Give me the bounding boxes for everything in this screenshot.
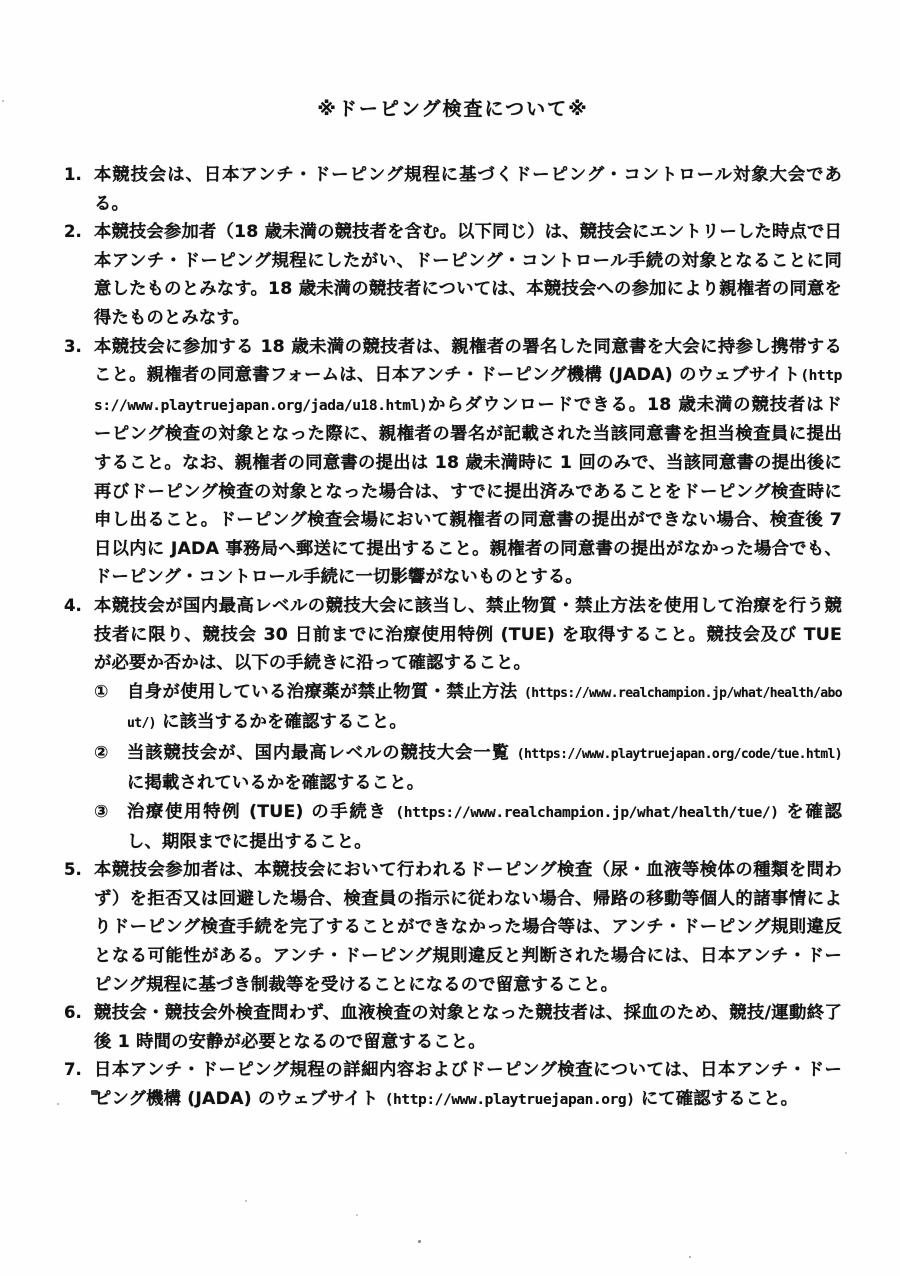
item-text-run: 本競技会は、日本アンチ・ドーピング規程に基づくドーピング・コントロール対象大会で… — [94, 165, 842, 214]
sub-item-marker: ② — [94, 739, 127, 768]
item-text-run: 当該競技会が、国内最高レベルの競技大会一覧 — [127, 743, 517, 763]
document-page: ※ドーピング検査について※ 1. 本競技会は、日本アンチ・ドーピング規程に基づく… — [0, 0, 900, 1276]
item-text-run: 治療使用特例 (TUE) の手続き — [127, 802, 395, 822]
list-item-6: 6. 競技会・競技会外検査問わず、血液検査の対象となった競技者は、採血のため、競… — [64, 999, 842, 1056]
sub-item-3: ③ 治療使用特例 (TUE) の手続き (https://www.realcha… — [94, 798, 842, 856]
scan-speck — [245, 1200, 247, 1202]
item-number: 1. — [64, 161, 94, 190]
item-url: (https://www.playtruejapan.org/code/tue.… — [517, 747, 842, 762]
scan-speck — [418, 1240, 421, 1243]
sub-item-1: ① 自身が使用している治療薬が禁止物質・禁止方法 (https://www.re… — [94, 678, 842, 739]
item-text-run: 本競技会参加者（18 歳未満の競技者を含む。以下同じ）は、競技会にエントリーした… — [94, 222, 842, 328]
numbered-list: 1. 本競技会は、日本アンチ・ドーピング規程に基づくドーピング・コントロール対象… — [64, 161, 842, 1115]
item-number: 5. — [64, 856, 94, 885]
item-number: 7. — [64, 1056, 94, 1085]
list-item-2: 2. 本競技会参加者（18 歳未満の競技者を含む。以下同じ）は、競技会にエントリ… — [64, 218, 842, 332]
item-number: 3. — [64, 333, 94, 362]
item-text: 本競技会参加者は、本競技会において行われるドーピング検査（尿・血液等検体の種類を… — [94, 856, 842, 999]
list-item-1: 1. 本競技会は、日本アンチ・ドーピング規程に基づくドーピング・コントロール対象… — [64, 161, 842, 218]
scan-speck — [57, 1103, 59, 1105]
item-body: 本競技会が国内最高レベルの競技大会に該当し、禁止物質・禁止方法を使用して治療を行… — [94, 592, 842, 856]
item-text: 日本アンチ・ドーピング規程の詳細内容およびドーピング検査については、日本アンチ・… — [94, 1056, 842, 1114]
scan-speck — [240, 168, 242, 170]
item-text: 本競技会が国内最高レベルの競技大会に該当し、禁止物質・禁止方法を使用して治療を行… — [94, 592, 842, 678]
item-text-run: 競技会・競技会外検査問わず、血液検査の対象となった競技者は、採血のため、競技/運… — [94, 1003, 842, 1052]
item-url: (https://www.realchampion.jp/what/health… — [395, 805, 778, 821]
item-text-run: からダウンロードできる。18 歳未満の競技者はドーピング検査の対象となった際に、… — [94, 395, 842, 588]
item-text: 本競技会に参加する 18 歳未満の競技者は、親権者の署名した同意書を大会に持参し… — [94, 333, 842, 592]
scan-speck — [356, 1214, 358, 1216]
item-text-run: 本競技会参加者は、本競技会において行われるドーピング検査（尿・血液等検体の種類を… — [94, 860, 842, 994]
item-text-run: にて確認すること。 — [635, 1089, 799, 1109]
scan-speck — [770, 176, 772, 178]
list-item-4: 4. 本競技会が国内最高レベルの競技大会に該当し、禁止物質・禁止方法を使用して治… — [64, 592, 842, 856]
item-text-run: 本競技会が国内最高レベルの競技大会に該当し、禁止物質・禁止方法を使用して治療を行… — [94, 596, 842, 673]
item-text-run: 本競技会に参加する 18 歳未満の競技者は、親権者の署名した同意書を大会に持参し… — [94, 337, 842, 386]
scan-speck — [91, 1090, 98, 1095]
item-number: 6. — [64, 999, 94, 1028]
item-number: 4. — [64, 592, 94, 621]
item-text: 本競技会は、日本アンチ・ドーピング規程に基づくドーピング・コントロール対象大会で… — [94, 161, 842, 218]
item-number: 2. — [64, 218, 94, 247]
item-text-run: に該当するかを確認すること。 — [156, 712, 407, 732]
item-text-run: に掲載されているかを確認すること。 — [127, 773, 424, 793]
item-url: (http://www.playtruejapan.org) — [385, 1092, 635, 1108]
sub-item-marker: ① — [94, 678, 127, 707]
list-item-7: 7. 日本アンチ・ドーピング規程の詳細内容およびドーピング検査については、日本ア… — [64, 1056, 842, 1114]
item-text-run: 自身が使用している治療薬が禁止物質・禁止方法 — [127, 682, 524, 702]
item-text: 競技会・競技会外検査問わず、血液検査の対象となった競技者は、採血のため、競技/運… — [94, 999, 842, 1056]
item-text: 本競技会参加者（18 歳未満の競技者を含む。以下同じ）は、競技会にエントリーした… — [94, 218, 842, 332]
sub-item-text: 治療使用特例 (TUE) の手続き (https://www.realchamp… — [127, 798, 842, 856]
document-title: ※ドーピング検査について※ — [64, 94, 842, 121]
sub-item-text: 自身が使用している治療薬が禁止物質・禁止方法 (https://www.real… — [127, 678, 842, 739]
sub-item-2: ② 当該競技会が、国内最高レベルの競技大会一覧 (https://www.pla… — [94, 739, 842, 798]
scan-speck — [2, 100, 4, 102]
scan-speck — [845, 1152, 847, 1154]
scan-speck — [689, 1256, 691, 1258]
sub-item-marker: ③ — [94, 798, 127, 827]
list-item-3: 3. 本競技会に参加する 18 歳未満の競技者は、親権者の署名した同意書を大会に… — [64, 333, 842, 592]
sub-item-text: 当該競技会が、国内最高レベルの競技大会一覧 (https://www.playt… — [127, 739, 842, 798]
list-item-5: 5. 本競技会参加者は、本競技会において行われるドーピング検査（尿・血液等検体の… — [64, 856, 842, 999]
